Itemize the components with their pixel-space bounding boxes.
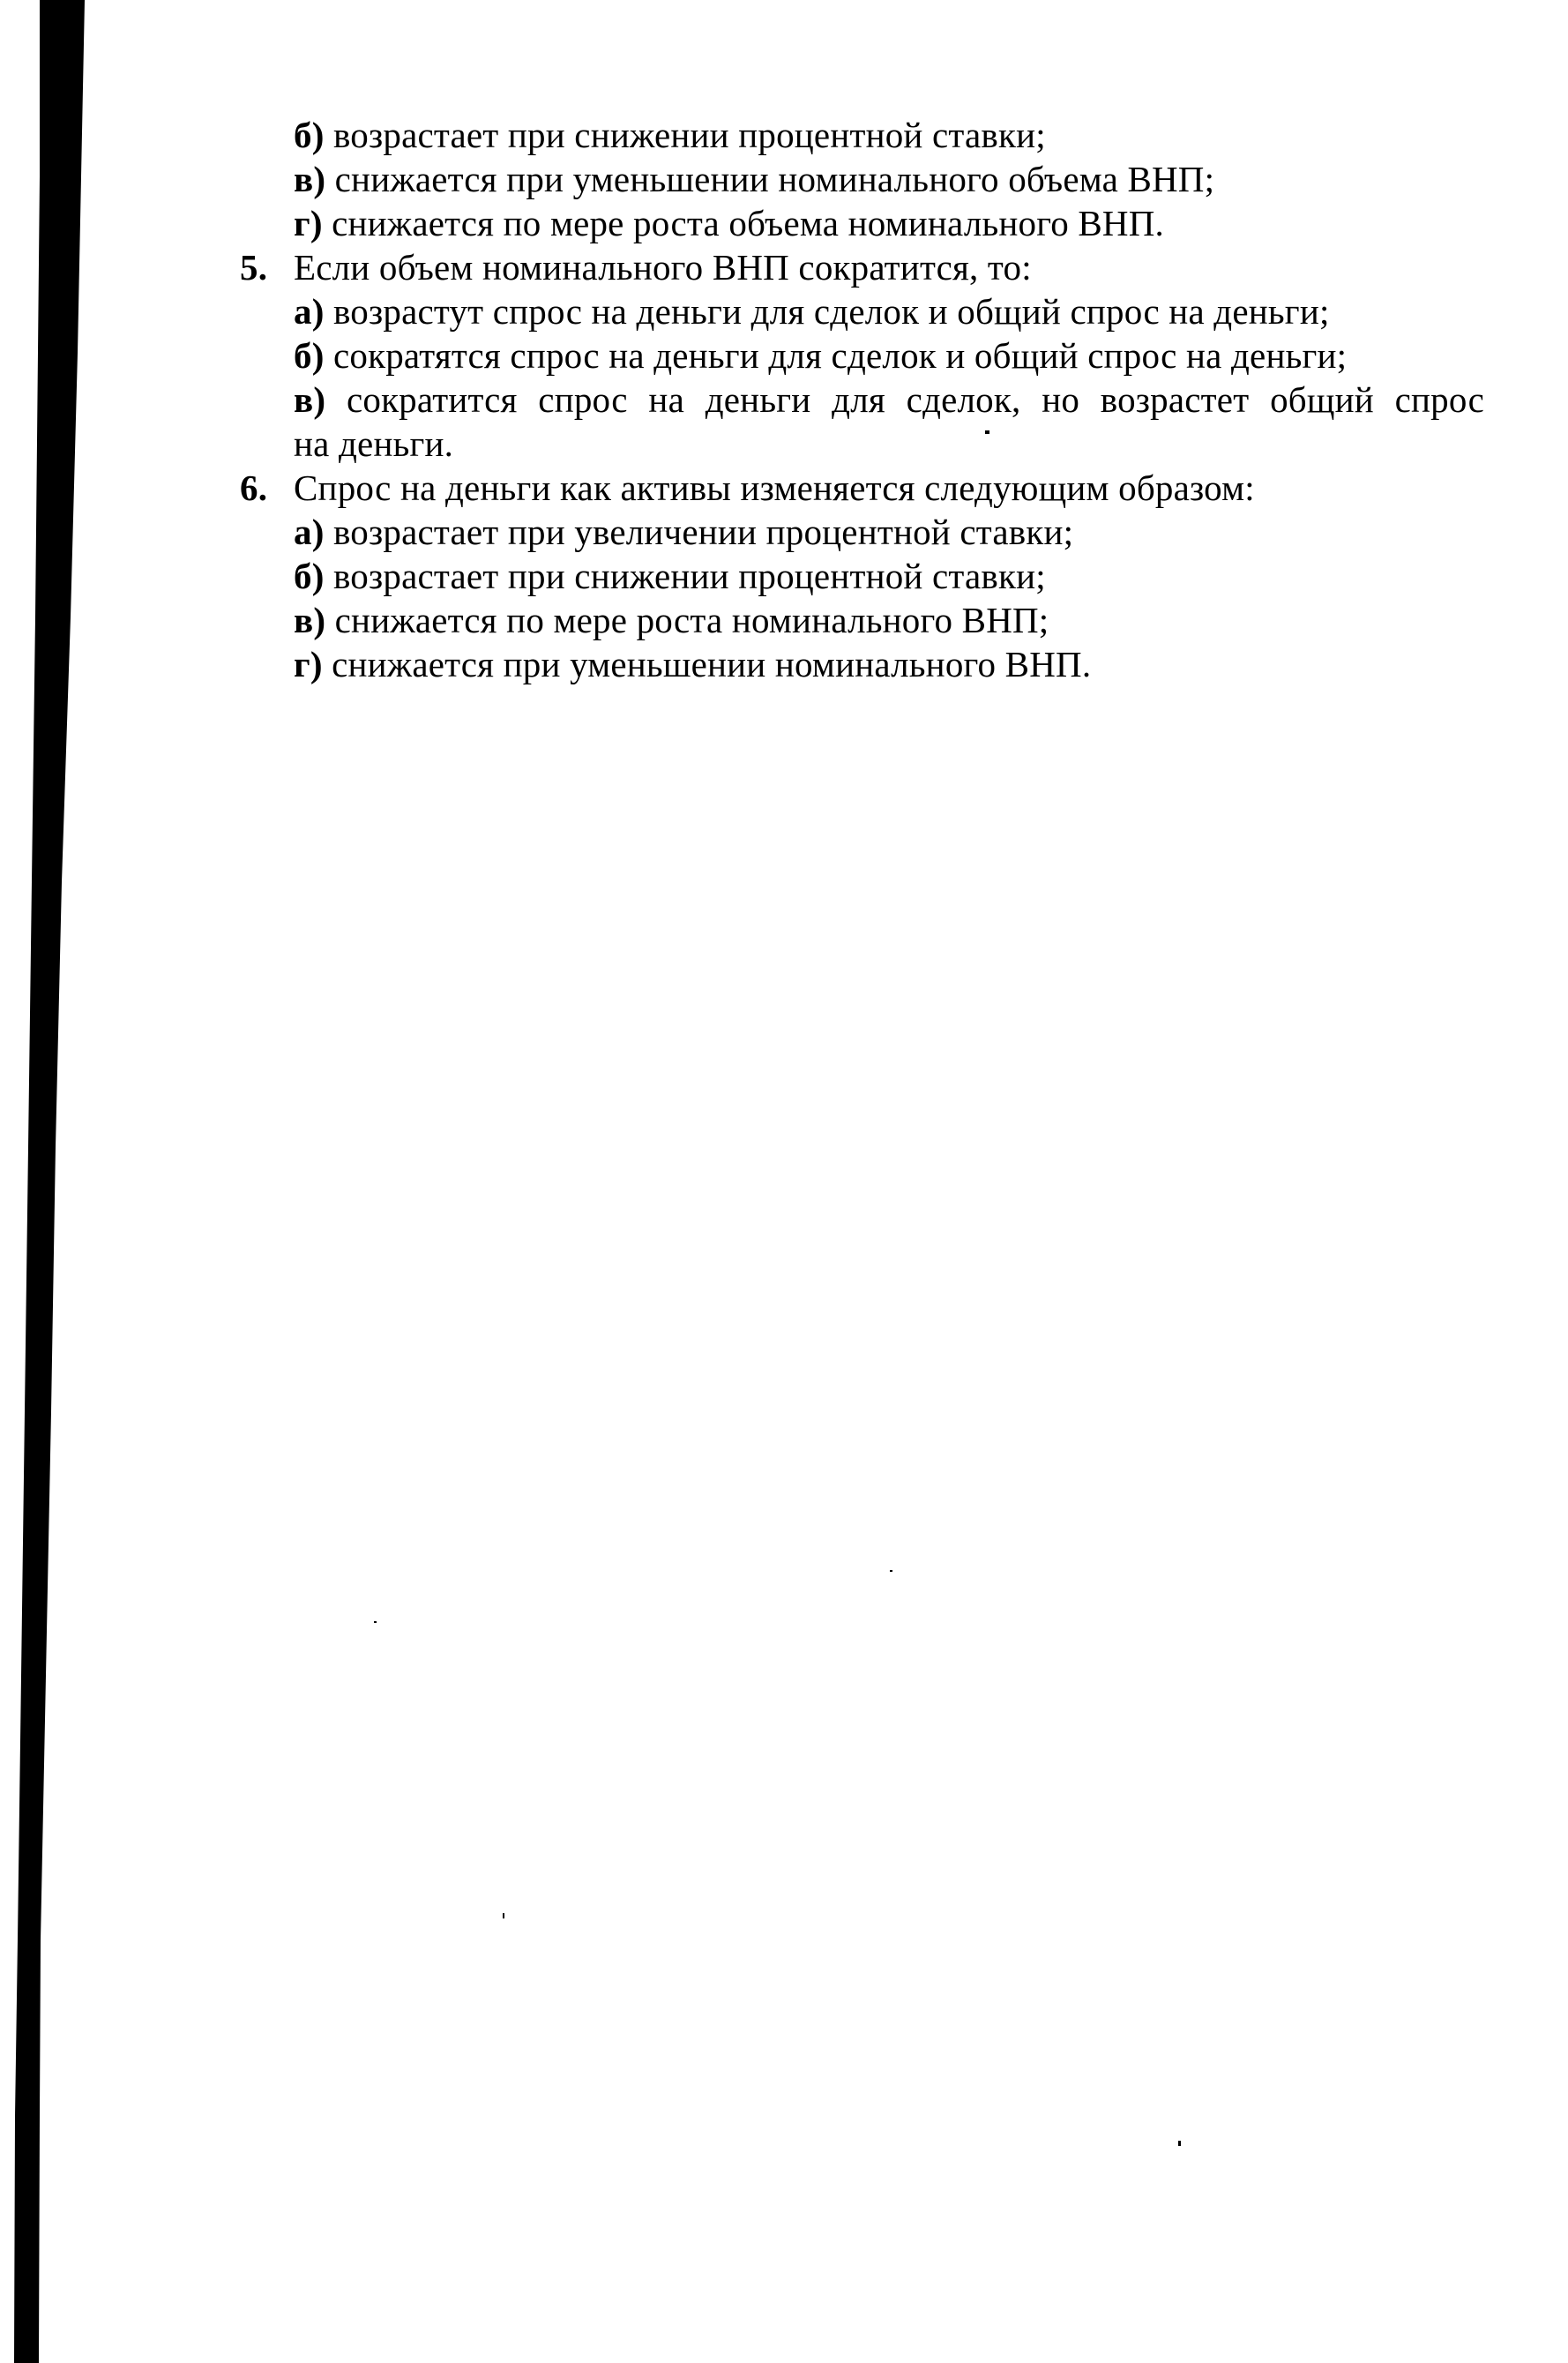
option-text: возрастает при снижении процентной ставк… [333,115,1046,155]
option-label: в) [294,159,325,199]
option-line: г) снижается при уменьшении номинального… [294,642,1091,686]
scan-edge-shadow [0,0,106,2363]
option-line: г) снижается по мере роста объема номина… [294,201,1164,245]
option-line: в) снижается по мере роста номинального … [294,598,1049,642]
scan-speck [985,430,989,434]
option-line: б) сократятся спрос на деньги для сделок… [294,333,1347,378]
option-label: в) [294,379,325,420]
option-text: снижается при уменьшении номинального ВН… [332,644,1091,684]
option-text: на деньги. [294,423,453,464]
option-label: г) [294,644,323,684]
option-line: в) сократится спрос на деньги для сделок… [294,378,1484,422]
option-line: а) возрастут спрос на деньги для сделок … [294,289,1330,333]
scan-speck [503,1913,504,1918]
option-line: б) возрастает при снижении процентной ст… [294,554,1046,598]
option-text: возрастут спрос на деньги для сделок и о… [333,291,1330,332]
option-label: г) [294,203,323,243]
scan-speck [890,1570,892,1572]
scan-speck [1178,2141,1181,2146]
option-label: а) [294,291,325,332]
option-label: б) [294,335,325,376]
question-number: 5. [240,245,267,289]
option-text: сократятся спрос на деньги для сделок и … [333,335,1347,376]
option-text: снижается при уменьшении номинального об… [335,159,1215,199]
option-text: снижается по мере роста номинального ВНП… [335,600,1049,640]
option-text: возрастает при снижении процентной ставк… [333,556,1046,596]
option-line-continuation: на деньги. [294,422,453,466]
option-text: возрастает при увеличении процентной ста… [333,512,1073,552]
scan-speck [374,1621,377,1623]
question-number: 6. [240,466,267,510]
option-label: б) [294,115,325,155]
option-label: в) [294,600,325,640]
option-label: а) [294,512,325,552]
question-text: Если объем номинального ВНП сократится, … [294,245,1032,289]
option-line: в) снижается при уменьшении номинального… [294,157,1214,201]
option-text: сократится спрос на деньги для сделок, н… [347,379,1484,420]
option-label: б) [294,556,325,596]
option-line: а) возрастает при увеличении процентной … [294,510,1073,554]
option-line: б) возрастает при снижении процентной ст… [294,113,1046,157]
option-text: снижается по мере роста объема номинальн… [332,203,1164,243]
question-text: Спрос на деньги как активы изменяется сл… [294,466,1255,510]
